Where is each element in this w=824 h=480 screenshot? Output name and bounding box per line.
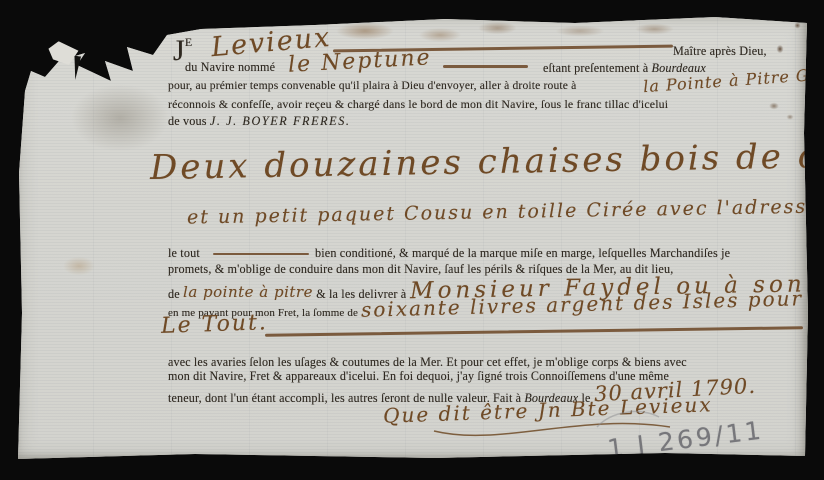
printed-acknowledge-clause: réconnois & confeſſe, avoir reçeu & char… <box>168 97 668 112</box>
printed-master-after-god: Maître après Dieu, <box>673 44 767 59</box>
printed-conditioned-clause: bien conditioné, & marqué de la marque m… <box>315 246 730 261</box>
printed-avaries-clause: avec les avaries ſelon les uſages & cout… <box>168 355 687 370</box>
printed-shipper-clause: de vous J. J. BOYER FRERES. <box>168 114 351 129</box>
printed-le-tout: le tout <box>168 246 200 261</box>
handwritten-freight-total: Le Tout. <box>161 310 269 339</box>
ink-rule-letout <box>213 253 309 255</box>
shipper-firm-name: J. J. BOYER FRERES. <box>210 114 351 128</box>
handwritten-cargo-line2: et un petit paquet Cousu en toille Cirée… <box>187 195 821 228</box>
bill-of-lading-document: JE Levieux Maître après Dieu, du Navire … <box>15 13 810 462</box>
printed-route-clause: pour, au prémier temps convenable qu'il … <box>168 79 576 92</box>
pencil-curve <box>593 405 663 429</box>
printed-ship-named: du Navire nommé <box>185 60 275 75</box>
ink-rule-ship <box>443 65 528 68</box>
handwritten-cargo-line1: Deux douzaines chaises bois de cerisier <box>150 134 824 188</box>
scan-backdrop: JE Levieux Maître après Dieu, du Navire … <box>0 0 824 480</box>
ink-rule-total <box>265 326 803 336</box>
